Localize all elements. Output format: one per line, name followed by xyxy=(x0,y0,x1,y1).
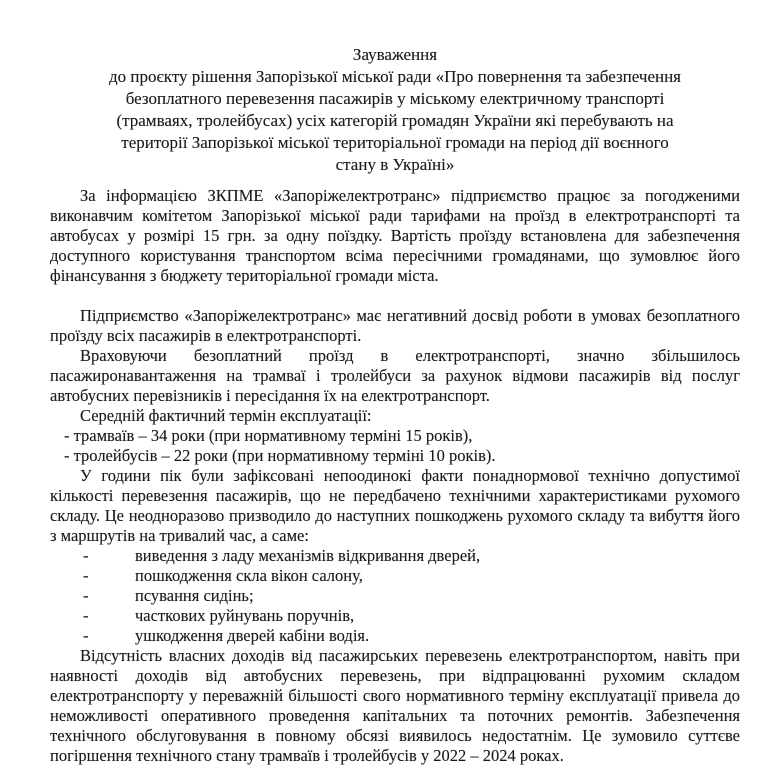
paragraph-peak-hours: У години пік були зафіксовані непоодинок… xyxy=(50,466,740,546)
document-body: За інформацією ЗКПМЕ «Запоріжелектротран… xyxy=(50,186,740,766)
damage-list-item: - часткових руйнувань поручнів, xyxy=(50,606,740,626)
service-term-item-trams: - трамваїв – 34 роки (при нормативному т… xyxy=(50,426,740,446)
paragraph-passenger-load: Враховуючи безоплатний проїзд в електрот… xyxy=(50,346,740,406)
damage-item-text: часткових руйнувань поручнів, xyxy=(135,606,740,626)
list-dash-marker: - xyxy=(50,546,135,566)
damage-item-text: виведення з ладу механізмів відкривання … xyxy=(135,546,740,566)
service-term-heading: Середній фактичний термін експлуатації: xyxy=(50,406,740,426)
title-line: території Запорізької міської територіал… xyxy=(50,132,740,154)
list-dash-marker: - xyxy=(50,626,135,646)
list-dash-marker: - xyxy=(50,586,135,606)
damage-item-text: ушкодження дверей кабіни водія. xyxy=(135,626,740,646)
damage-list-item: - пошкодження скла вікон салону, xyxy=(50,566,740,586)
scanned-document-page: Зауваження до проєкту рішення Запорізько… xyxy=(0,0,762,784)
paragraph-negative-experience: Підприємство «Запоріжелектротранс» має н… xyxy=(50,306,740,346)
title-line: безоплатного перевезення пасажирів у міс… xyxy=(50,88,740,110)
damage-item-text: пошкодження скла вікон салону, xyxy=(135,566,740,586)
paragraph-no-revenue: Відсутність власних доходів від пасажирс… xyxy=(50,646,740,766)
title-line: (трамваях, тролейбусах) усіх категорій г… xyxy=(50,110,740,132)
damage-list-item: - псування сидінь; xyxy=(50,586,740,606)
service-term-item-trolleybuses: - тролейбусів – 22 роки (при нормативном… xyxy=(50,446,740,466)
document-title: Зауваження до проєкту рішення Запорізько… xyxy=(50,44,740,176)
damage-list-item: - ушкодження дверей кабіни водія. xyxy=(50,626,740,646)
damage-item-text: псування сидінь; xyxy=(135,586,740,606)
title-line: Зауваження xyxy=(50,44,740,66)
title-line: до проєкту рішення Запорізької міської р… xyxy=(50,66,740,88)
title-line: стану в Україні» xyxy=(50,154,740,176)
list-dash-marker: - xyxy=(50,606,135,626)
damage-list-item: - виведення з ладу механізмів відкриванн… xyxy=(50,546,740,566)
document-content: Зауваження до проєкту рішення Запорізько… xyxy=(0,0,762,766)
list-dash-marker: - xyxy=(50,566,135,586)
paragraph-tariff-info: За інформацією ЗКПМЕ «Запоріжелектротран… xyxy=(50,186,740,286)
